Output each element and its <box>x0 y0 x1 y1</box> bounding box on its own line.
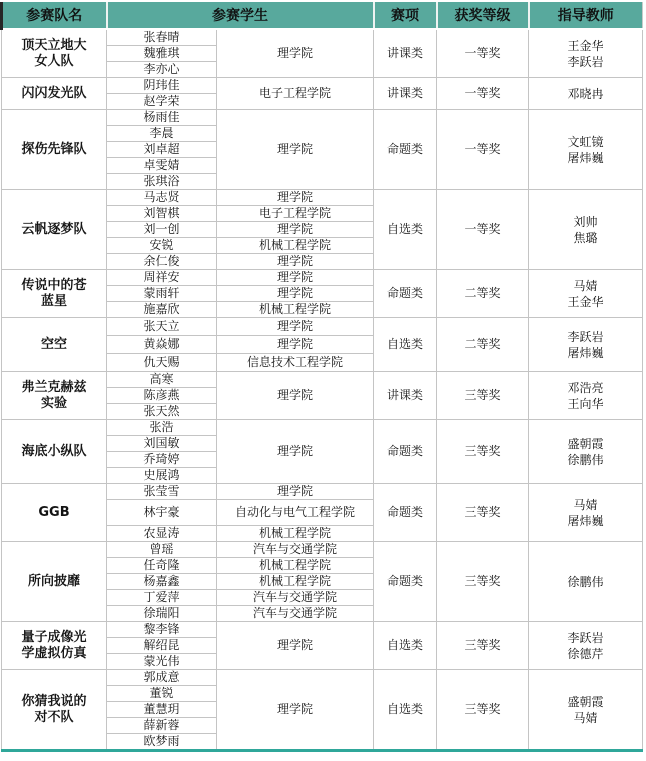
college-cell: 理学院 <box>217 318 374 336</box>
teacher-name: 文虹镜 <box>531 134 640 150</box>
team-name-cell: 空空 <box>2 318 107 372</box>
student-name-cell: 徐瑞阳 <box>107 606 217 622</box>
student-name-cell: 黄焱娜 <box>107 336 217 354</box>
student-row: 顶天立地大女人队张春晴理学院讲课类一等奖王金华李跃岩 <box>2 29 643 46</box>
college-cell: 理学院 <box>217 670 374 751</box>
teacher-name: 李跃岩 <box>531 54 640 70</box>
award-level-cell: 二等奖 <box>437 270 529 318</box>
college-cell: 理学院 <box>217 254 374 270</box>
college-cell: 汽车与交通学院 <box>217 542 374 558</box>
student-name-cell: 张天立 <box>107 318 217 336</box>
student-row: 云帆逐梦队马志贤理学院自选类一等奖刘帅焦璐 <box>2 190 643 206</box>
student-name-cell: 董锐 <box>107 686 217 702</box>
student-name-cell: 赵学荣 <box>107 94 217 110</box>
teacher-name: 李跃岩 <box>531 329 640 345</box>
teacher-name: 焦璐 <box>531 230 640 246</box>
category-cell: 讲课类 <box>374 78 437 110</box>
team-name-cell: 传说中的苍蓝星 <box>2 270 107 318</box>
student-name-cell: 林宇豪 <box>107 500 217 526</box>
header-teachers: 指导教师 <box>529 2 643 29</box>
teacher-name: 王金华 <box>531 38 640 54</box>
team-name-cell: 弗兰克赫兹实验 <box>2 372 107 420</box>
category-cell: 命题类 <box>374 542 437 622</box>
team-name-cell: 探伤先锋队 <box>2 110 107 190</box>
student-name-cell: 余仁俊 <box>107 254 217 270</box>
student-name-cell: 刘国敏 <box>107 436 217 452</box>
teacher-name: 邓晓冉 <box>531 86 640 102</box>
student-name-cell: 刘一创 <box>107 222 217 238</box>
category-cell: 讲课类 <box>374 372 437 420</box>
category-cell: 自选类 <box>374 190 437 270</box>
college-cell: 理学院 <box>217 622 374 670</box>
category-cell: 自选类 <box>374 670 437 751</box>
table-body: 顶天立地大女人队张春晴理学院讲课类一等奖王金华李跃岩魏雅琪李亦心闪闪发光队阴玮佳… <box>2 29 643 751</box>
teacher-name: 盛朝霞 <box>531 694 640 710</box>
teachers-cell: 盛朝霞徐鹏伟 <box>529 420 643 484</box>
college-cell: 理学院 <box>217 110 374 190</box>
teacher-name: 马婧 <box>531 710 640 726</box>
college-cell: 理学院 <box>217 286 374 302</box>
award-level-cell: 三等奖 <box>437 542 529 622</box>
teacher-name: 屠炜巍 <box>531 345 640 361</box>
student-name-cell: 仇天赐 <box>107 354 217 372</box>
student-row: GGB张莹雪理学院命题类三等奖马婧屠炜巍 <box>2 484 643 500</box>
student-row: 探伤先锋队杨雨佳理学院命题类一等奖文虹镜屠炜巍 <box>2 110 643 126</box>
team-name-cell: 量子成像光学虚拟仿真 <box>2 622 107 670</box>
spreadsheet-view: 参赛队名 参赛学生 赛项 获奖等级 指导教师 顶天立地大女人队张春晴理学院讲课类… <box>0 0 646 752</box>
header-students: 参赛学生 <box>107 2 374 29</box>
college-cell: 机械工程学院 <box>217 238 374 254</box>
awards-table: 参赛队名 参赛学生 赛项 获奖等级 指导教师 顶天立地大女人队张春晴理学院讲课类… <box>0 2 643 752</box>
student-row: 海底小纵队张浩理学院命题类三等奖盛朝霞徐鹏伟 <box>2 420 643 436</box>
teachers-cell: 王金华李跃岩 <box>529 29 643 78</box>
teachers-cell: 邓晓冉 <box>529 78 643 110</box>
student-name-cell: 刘卓超 <box>107 142 217 158</box>
teacher-name: 王向华 <box>531 396 640 412</box>
teacher-name: 李跃岩 <box>531 630 640 646</box>
teacher-name: 马婧 <box>531 278 640 294</box>
teachers-cell: 李跃岩徐德芹 <box>529 622 643 670</box>
teacher-name: 徐鹏伟 <box>531 574 640 590</box>
college-cell: 理学院 <box>217 270 374 286</box>
student-name-cell: 张天然 <box>107 404 217 420</box>
college-cell: 理学院 <box>217 484 374 500</box>
college-cell: 机械工程学院 <box>217 558 374 574</box>
college-cell: 汽车与交通学院 <box>217 590 374 606</box>
teacher-name: 屠炜巍 <box>531 150 640 166</box>
award-level-cell: 三等奖 <box>437 670 529 751</box>
student-name-cell: 农显涛 <box>107 526 217 542</box>
award-level-cell: 一等奖 <box>437 78 529 110</box>
award-level-cell: 三等奖 <box>437 372 529 420</box>
student-name-cell: 杨嘉鑫 <box>107 574 217 590</box>
teachers-cell: 盛朝霞马婧 <box>529 670 643 751</box>
teachers-cell: 刘帅焦璐 <box>529 190 643 270</box>
student-name-cell: 任奇隆 <box>107 558 217 574</box>
award-level-cell: 一等奖 <box>437 190 529 270</box>
student-row: 弗兰克赫兹实验高寒理学院讲课类三等奖邓浩亮王向华 <box>2 372 643 388</box>
team-name-cell: 云帆逐梦队 <box>2 190 107 270</box>
student-name-cell: 董慧玥 <box>107 702 217 718</box>
student-name-cell: 张莹雪 <box>107 484 217 500</box>
student-row: 你猜我说的对不队郭成意理学院自选类三等奖盛朝霞马婧 <box>2 670 643 686</box>
student-name-cell: 施嘉欣 <box>107 302 217 318</box>
student-row: 传说中的苍蓝星周祥安理学院命题类二等奖马婧王金华 <box>2 270 643 286</box>
college-cell: 理学院 <box>217 372 374 420</box>
college-cell: 电子工程学院 <box>217 206 374 222</box>
college-cell: 汽车与交通学院 <box>217 606 374 622</box>
student-name-cell: 解绍昆 <box>107 638 217 654</box>
category-cell: 命题类 <box>374 110 437 190</box>
student-name-cell: 张浩 <box>107 420 217 436</box>
student-name-cell: 张琪浴 <box>107 174 217 190</box>
team-name-cell: 你猜我说的对不队 <box>2 670 107 751</box>
student-name-cell: 高寒 <box>107 372 217 388</box>
header-award-level: 获奖等级 <box>437 2 529 29</box>
team-name-cell: 所向披靡 <box>2 542 107 622</box>
college-cell: 理学院 <box>217 336 374 354</box>
college-cell: 电子工程学院 <box>217 78 374 110</box>
student-name-cell: 黎李锋 <box>107 622 217 638</box>
college-cell: 理学院 <box>217 420 374 484</box>
college-cell: 理学院 <box>217 190 374 206</box>
teacher-name: 屠炜巍 <box>531 513 640 529</box>
student-name-cell: 周祥安 <box>107 270 217 286</box>
team-name-cell: GGB <box>2 484 107 542</box>
teachers-cell: 马婧屠炜巍 <box>529 484 643 542</box>
college-cell: 信息技术工程学院 <box>217 354 374 372</box>
teachers-cell: 文虹镜屠炜巍 <box>529 110 643 190</box>
student-name-cell: 薛新蓉 <box>107 718 217 734</box>
teacher-name: 徐德芹 <box>531 646 640 662</box>
student-name-cell: 曾瑶 <box>107 542 217 558</box>
student-name-cell: 陈彦燕 <box>107 388 217 404</box>
student-name-cell: 马志贤 <box>107 190 217 206</box>
category-cell: 命题类 <box>374 270 437 318</box>
college-cell: 理学院 <box>217 222 374 238</box>
teacher-name: 刘帅 <box>531 214 640 230</box>
college-cell: 机械工程学院 <box>217 574 374 590</box>
team-name-cell: 闪闪发光队 <box>2 78 107 110</box>
award-level-cell: 一等奖 <box>437 110 529 190</box>
teachers-cell: 李跃岩屠炜巍 <box>529 318 643 372</box>
teacher-name: 盛朝霞 <box>531 436 640 452</box>
student-row: 空空张天立理学院自选类二等奖李跃岩屠炜巍 <box>2 318 643 336</box>
award-level-cell: 三等奖 <box>437 484 529 542</box>
header-row: 参赛队名 参赛学生 赛项 获奖等级 指导教师 <box>2 2 643 29</box>
teacher-name: 邓浩亮 <box>531 380 640 396</box>
student-name-cell: 李亦心 <box>107 62 217 78</box>
college-cell: 自动化与电气工程学院 <box>217 500 374 526</box>
teacher-name: 马婧 <box>531 497 640 513</box>
teacher-name: 王金华 <box>531 294 640 310</box>
college-cell: 机械工程学院 <box>217 526 374 542</box>
student-name-cell: 杨雨佳 <box>107 110 217 126</box>
teachers-cell: 马婧王金华 <box>529 270 643 318</box>
teachers-cell: 徐鹏伟 <box>529 542 643 622</box>
student-name-cell: 魏雅琪 <box>107 46 217 62</box>
student-name-cell: 郭成意 <box>107 670 217 686</box>
team-name-cell: 海底小纵队 <box>2 420 107 484</box>
college-cell: 机械工程学院 <box>217 302 374 318</box>
student-name-cell: 阴玮佳 <box>107 78 217 94</box>
student-name-cell: 史展鸿 <box>107 468 217 484</box>
header-category: 赛项 <box>374 2 437 29</box>
award-level-cell: 三等奖 <box>437 420 529 484</box>
student-row: 量子成像光学虚拟仿真黎李锋理学院自选类三等奖李跃岩徐德芹 <box>2 622 643 638</box>
student-name-cell: 乔琦婷 <box>107 452 217 468</box>
student-name-cell: 蒙雨轩 <box>107 286 217 302</box>
teacher-name: 徐鹏伟 <box>531 452 640 468</box>
category-cell: 命题类 <box>374 420 437 484</box>
header-team-name: 参赛队名 <box>2 2 107 29</box>
category-cell: 自选类 <box>374 622 437 670</box>
student-row: 所向披靡曾瑶汽车与交通学院命题类三等奖徐鹏伟 <box>2 542 643 558</box>
award-level-cell: 二等奖 <box>437 318 529 372</box>
student-row: 闪闪发光队阴玮佳电子工程学院讲课类一等奖邓晓冉 <box>2 78 643 94</box>
student-name-cell: 刘智棋 <box>107 206 217 222</box>
category-cell: 命题类 <box>374 484 437 542</box>
student-name-cell: 张春晴 <box>107 29 217 46</box>
student-name-cell: 安锐 <box>107 238 217 254</box>
category-cell: 讲课类 <box>374 29 437 78</box>
student-name-cell: 卓雯婧 <box>107 158 217 174</box>
college-cell: 理学院 <box>217 29 374 78</box>
award-level-cell: 三等奖 <box>437 622 529 670</box>
category-cell: 自选类 <box>374 318 437 372</box>
student-name-cell: 蒙光伟 <box>107 654 217 670</box>
student-name-cell: 李晨 <box>107 126 217 142</box>
award-level-cell: 一等奖 <box>437 29 529 78</box>
teachers-cell: 邓浩亮王向华 <box>529 372 643 420</box>
student-name-cell: 欧梦雨 <box>107 734 217 751</box>
team-name-cell: 顶天立地大女人队 <box>2 29 107 78</box>
student-name-cell: 丁爱萍 <box>107 590 217 606</box>
